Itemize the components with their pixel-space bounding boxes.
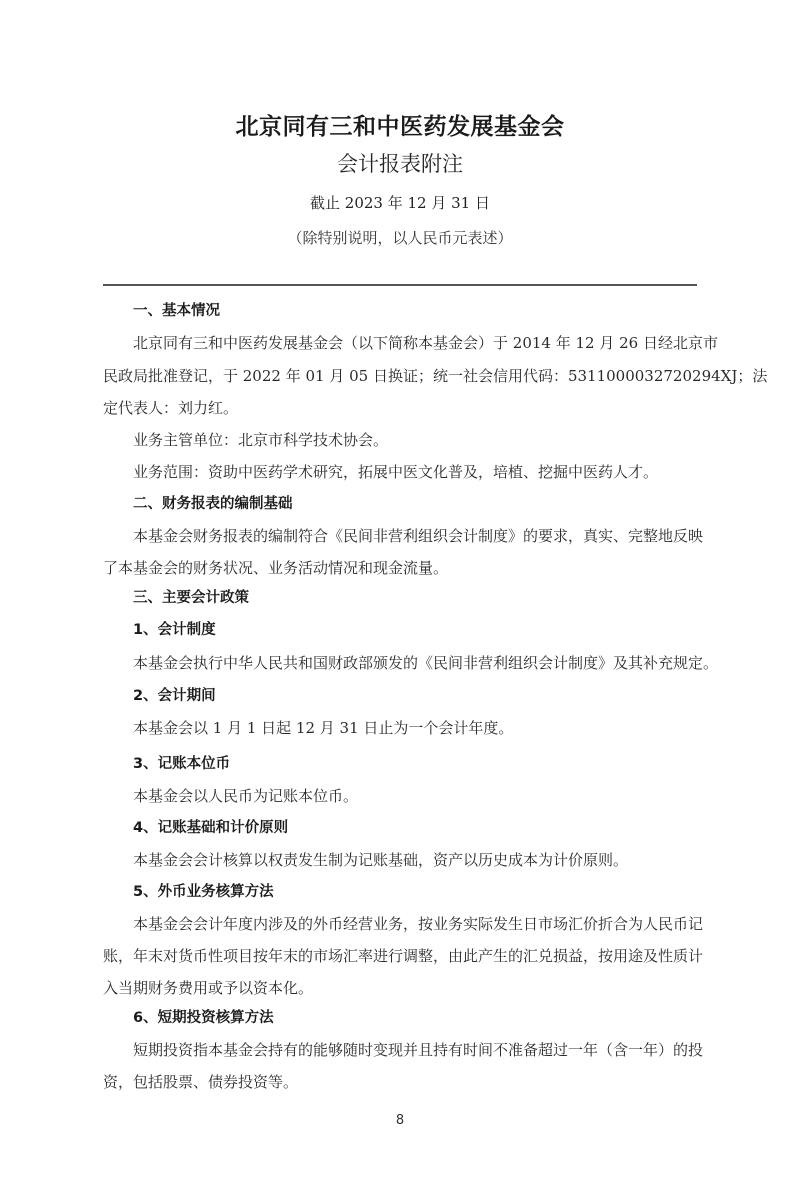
paragraph-line: 短期投资指本基金会持有的能够随时变现并且持有时间不准备超过一年（含一年）的投 xyxy=(133,1040,697,1060)
paragraph-line: 民政局批准登记，于 2022 年 01 月 05 日换证；统一社会信用代码：53… xyxy=(103,366,697,386)
paragraph-line: 本基金会以 1 月 1 日起 12 月 31 日止为一个会计年度。 xyxy=(133,718,697,738)
paragraph-line: 本基金会以人民币为记账本位币。 xyxy=(133,786,697,806)
paragraph-line: 本基金会会计年度内涉及的外币经营业务，按业务实际发生日市场汇价折合为人民币记 xyxy=(133,914,697,934)
report-date: 截止 2023 年 12 月 31 日 xyxy=(0,192,800,213)
section-heading-policies: 三、主要会计政策 xyxy=(133,588,697,608)
paragraph-line: 本基金会会计核算以权责发生制为记账基础，资产以历史成本为计价原则。 xyxy=(133,850,697,870)
page-number: 8 xyxy=(0,1113,800,1128)
document-title: 北京同有三和中医药发展基金会 xyxy=(0,108,800,141)
paragraph-line: 本基金会执行中华人民共和国财政部颁发的《民间非营利组织会计制度》及其补充规定。 xyxy=(133,653,697,673)
paragraph-line: 本基金会财务报表的编制符合《民间非营利组织会计制度》的要求，真实、完整地反映 xyxy=(133,526,697,546)
subheading-accounting-system: 1、会计制度 xyxy=(133,620,697,640)
subheading-short-term-investment: 6、短期投资核算方法 xyxy=(133,1008,697,1028)
paragraph-line: 入当期财务费用或予以资本化。 xyxy=(103,978,697,998)
section-heading-basis: 二、财务报表的编制基础 xyxy=(133,494,697,514)
horizontal-divider xyxy=(103,284,697,286)
currency-note: （除特别说明，以人民币元表述） xyxy=(0,227,800,248)
subheading-foreign-currency: 5、外币业务核算方法 xyxy=(133,882,697,902)
subheading-accounting-period: 2、会计期间 xyxy=(133,686,697,706)
paragraph-line: 了本基金会的财务状况、业务活动情况和现金流量。 xyxy=(103,558,697,578)
subheading-functional-currency: 3、记账本位币 xyxy=(133,754,697,774)
paragraph-line: 定代表人：刘力红。 xyxy=(103,398,697,418)
document-page: 北京同有三和中医药发展基金会 会计报表附注 截止 2023 年 12 月 31 … xyxy=(0,0,800,1200)
paragraph-business-scope: 业务范围：资助中医药学术研究，拓展中医文化普及，培植、挖掘中医药人才。 xyxy=(133,462,697,482)
paragraph-line: 北京同有三和中医药发展基金会（以下简称本基金会）于 2014 年 12 月 26… xyxy=(133,333,697,353)
paragraph-line: 资，包括股票、债券投资等。 xyxy=(103,1072,697,1092)
subheading-accounting-basis: 4、记账基础和计价原则 xyxy=(133,818,697,838)
paragraph-supervisor: 业务主管单位：北京市科学技术协会。 xyxy=(133,430,697,450)
section-heading-basic-info: 一、基本情况 xyxy=(133,301,697,321)
document-subtitle: 会计报表附注 xyxy=(0,148,800,178)
paragraph-line: 账，年末对货币性项目按年末的市场汇率进行调整，由此产生的汇兑损益，按用途及性质计 xyxy=(103,946,697,966)
